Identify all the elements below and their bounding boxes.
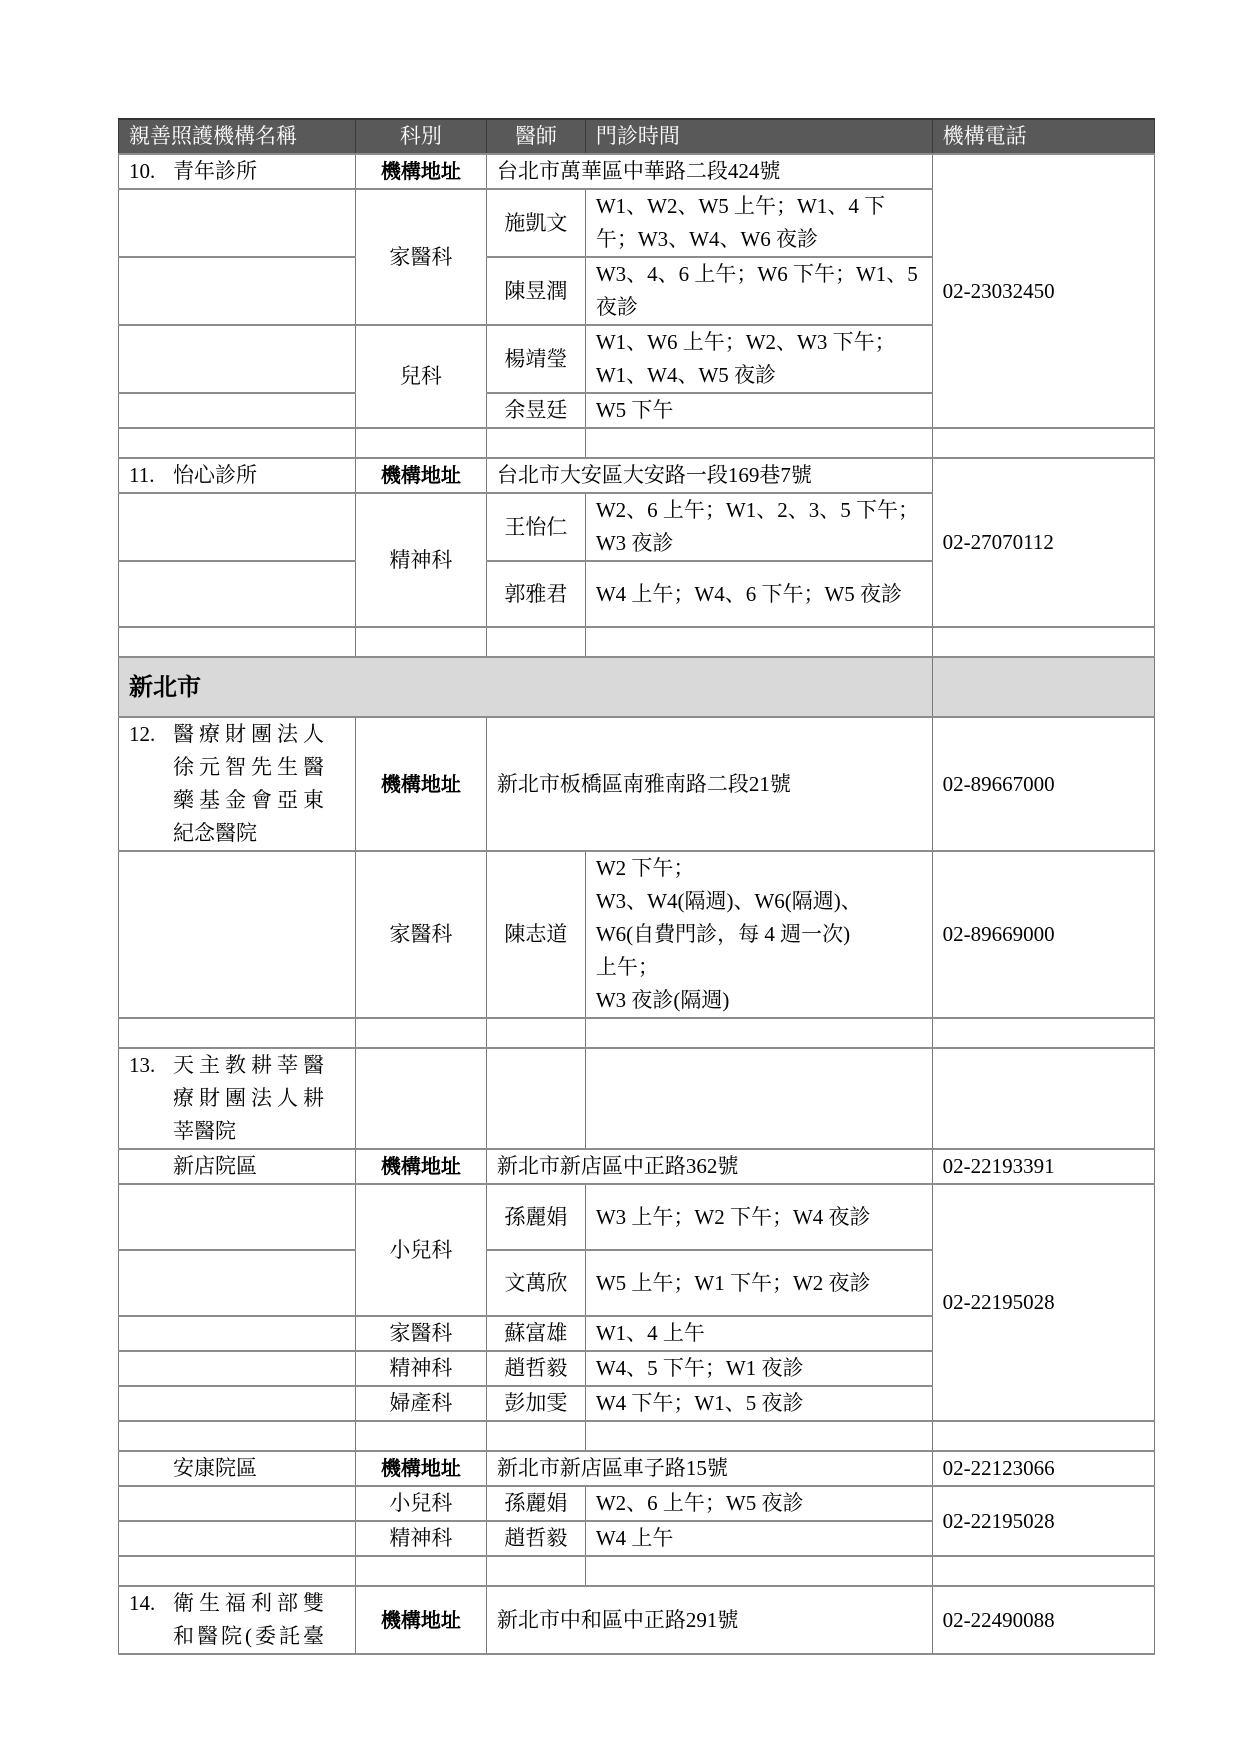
doctor: 趙哲毅 — [486, 1521, 585, 1556]
department-phone: 02-22195028 — [932, 1486, 1154, 1556]
department: 精神科 — [355, 493, 486, 627]
address-label: 機構地址 — [355, 458, 486, 493]
branch-phone: 02-22123066 — [932, 1451, 1154, 1486]
doctor: 陳昱潤 — [486, 257, 585, 325]
table-row: 安康院區 機構地址 新北市新店區車子路15號 02-22123066 — [119, 1451, 1155, 1486]
clinic-hours: W3、4、6 上午；W6 下午；W1、5 夜診 — [585, 257, 932, 325]
table-row: 新店院區 機構地址 新北市新店區中正路362號 02-22193391 — [119, 1149, 1155, 1184]
doctor: 施凱文 — [486, 189, 585, 257]
department: 兒科 — [355, 325, 486, 428]
header-doctor: 醫師 — [486, 119, 585, 154]
table-row: 14.衛生福利部雙 和醫院(委託臺 機構地址 新北市中和區中正路291號 02-… — [119, 1586, 1155, 1654]
clinic-roster-table: 親善照護機構名稱 科別 醫師 門診時間 機構電話 10.青年診所 機構地址 台北… — [118, 118, 1155, 1655]
facility-name: 11.怡心診所 — [119, 458, 356, 493]
doctor: 蘇富雄 — [486, 1316, 585, 1351]
department-phone: 02-22195028 — [932, 1184, 1154, 1421]
spacer-row — [119, 1018, 1155, 1048]
branch-name: 安康院區 — [119, 1451, 356, 1486]
clinic-hours: W4 上午 — [585, 1521, 932, 1556]
clinic-hours: W1、W6 上午；W2、W3 下午；W1、W4、W5 夜診 — [585, 325, 932, 393]
spacer-row — [119, 428, 1155, 458]
department: 精神科 — [355, 1521, 486, 1556]
department: 家醫科 — [355, 1316, 486, 1351]
facility-phone: 02-22490088 — [932, 1586, 1154, 1654]
table-row: 小兒科 孫麗娟 W2、6 上午；W5 夜診 02-22195028 — [119, 1486, 1155, 1521]
table-row: 13.天主教耕莘醫 療財團法人耕 莘醫院 — [119, 1048, 1155, 1149]
document-page: 親善照護機構名稱 科別 醫師 門診時間 機構電話 10.青年診所 機構地址 台北… — [0, 0, 1241, 1755]
facility-name: 12.醫療財團法人 徐元智先生醫 藥基金會亞東 紀念醫院 — [119, 717, 356, 851]
doctor: 郭雅君 — [486, 561, 585, 627]
clinic-hours: W5 上午；W1 下午；W2 夜診 — [585, 1250, 932, 1316]
facility-phone: 02-23032450 — [932, 154, 1154, 428]
facility-address: 台北市萬華區中華路二段424號 — [486, 154, 932, 189]
facility-address: 新北市板橋區南雅南路二段21號 — [486, 717, 932, 851]
address-label: 機構地址 — [355, 1586, 486, 1654]
facility-address: 台北市大安區大安路一段169巷7號 — [486, 458, 932, 493]
doctor: 孫麗娟 — [486, 1486, 585, 1521]
doctor: 彭加雯 — [486, 1386, 585, 1421]
facility-name: 14.衛生福利部雙 和醫院(委託臺 — [119, 1586, 356, 1654]
department: 小兒科 — [355, 1486, 486, 1521]
facility-address: 新北市中和區中正路291號 — [486, 1586, 932, 1654]
spacer-row — [119, 1556, 1155, 1586]
department: 精神科 — [355, 1351, 486, 1386]
clinic-hours: W4 下午；W1、5 夜診 — [585, 1386, 932, 1421]
table-row: 小兒科 孫麗娟 W3 上午；W2 下午；W4 夜診 02-22195028 — [119, 1184, 1155, 1250]
table-row: 10.青年診所 機構地址 台北市萬華區中華路二段424號 02-23032450 — [119, 154, 1155, 189]
clinic-hours: W3 上午；W2 下午；W4 夜診 — [585, 1184, 932, 1250]
table-row: 11.怡心診所 機構地址 台北市大安區大安路一段169巷7號 02-270701… — [119, 458, 1155, 493]
spacer-row — [119, 627, 1155, 657]
doctor: 楊靖瑩 — [486, 325, 585, 393]
table-row: 12.醫療財團法人 徐元智先生醫 藥基金會亞東 紀念醫院 機構地址 新北市板橋區… — [119, 717, 1155, 851]
department: 小兒科 — [355, 1184, 486, 1316]
facility-name: 13.天主教耕莘醫 療財團法人耕 莘醫院 — [119, 1048, 356, 1149]
address-label: 機構地址 — [355, 1149, 486, 1184]
spacer-row — [119, 1421, 1155, 1451]
clinic-hours: W2、6 上午；W1、2、3、5 下午；W3 夜診 — [585, 493, 932, 561]
region-title: 新北市 — [119, 657, 933, 717]
address-label: 機構地址 — [355, 154, 486, 189]
doctor: 余昱廷 — [486, 393, 585, 428]
doctor: 趙哲毅 — [486, 1351, 585, 1386]
doctor: 孫麗娟 — [486, 1184, 585, 1250]
facility-phone: 02-27070112 — [932, 458, 1154, 627]
doctor: 陳志道 — [486, 851, 585, 1018]
clinic-hours: W1、W2、W5 上午；W1、4 下午；W3、W4、W6 夜診 — [585, 189, 932, 257]
clinic-hours: W5 下午 — [585, 393, 932, 428]
department: 家醫科 — [355, 189, 486, 325]
clinic-hours: W1、4 上午 — [585, 1316, 932, 1351]
facility-name: 10.青年診所 — [119, 154, 356, 189]
facility-phone: 02-89667000 — [932, 717, 1154, 851]
doctor: 王怡仁 — [486, 493, 585, 561]
header-name: 親善照護機構名稱 — [119, 119, 356, 154]
clinic-hours: W2、6 上午；W5 夜診 — [585, 1486, 932, 1521]
branch-name: 新店院區 — [119, 1149, 356, 1184]
table-header-row: 親善照護機構名稱 科別 醫師 門診時間 機構電話 — [119, 119, 1155, 154]
branch-phone: 02-22193391 — [932, 1149, 1154, 1184]
branch-address: 新北市新店區中正路362號 — [486, 1149, 932, 1184]
address-label: 機構地址 — [355, 1451, 486, 1486]
department-phone: 02-89669000 — [932, 851, 1154, 1018]
doctor: 文萬欣 — [486, 1250, 585, 1316]
department: 婦產科 — [355, 1386, 486, 1421]
branch-address: 新北市新店區車子路15號 — [486, 1451, 932, 1486]
header-time: 門診時間 — [585, 119, 932, 154]
header-phone: 機構電話 — [932, 119, 1154, 154]
address-label: 機構地址 — [355, 717, 486, 851]
header-dept: 科別 — [355, 119, 486, 154]
department: 家醫科 — [355, 851, 486, 1018]
clinic-hours: W4、5 下午；W1 夜診 — [585, 1351, 932, 1386]
clinic-hours: W2 下午； W3、W4(隔週)、W6(隔週)、 W6(自費門診，每 4 週一次… — [585, 851, 932, 1018]
table-row: 家醫科 陳志道 W2 下午； W3、W4(隔週)、W6(隔週)、 W6(自費門診… — [119, 851, 1155, 1018]
clinic-hours: W4 上午；W4、6 下午；W5 夜診 — [585, 561, 932, 627]
region-row: 新北市 — [119, 657, 1155, 717]
